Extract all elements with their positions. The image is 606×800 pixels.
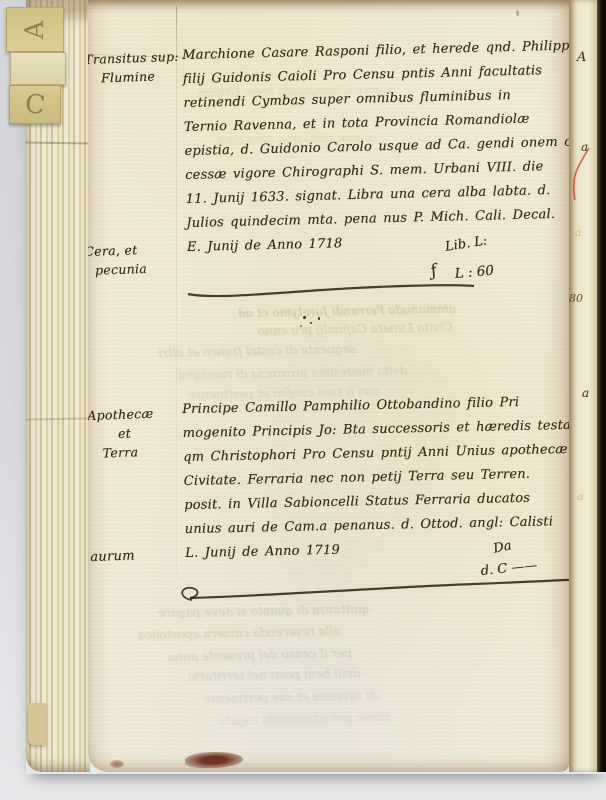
edge-crack (26, 141, 90, 144)
ink-speck (516, 10, 519, 16)
book-volume: vigore Chirographi mem Urbani signat lib… (26, 0, 606, 774)
edge-text-fragment: A (577, 50, 586, 65)
entry-underline-2 (174, 576, 596, 606)
index-tab-letter: A (20, 20, 50, 39)
scan-gutter-shadow (597, 0, 606, 772)
facing-page-edge: A a 80 a a a (569, 0, 597, 772)
stain-blotch (185, 751, 244, 769)
edge-text-fragment-faint: a (575, 226, 582, 239)
index-tab-blank (10, 52, 66, 85)
ink-speck (318, 317, 320, 320)
bleedthrough-line: per il censo del presente anno (168, 646, 352, 664)
edge-text-fragment-faint: a (577, 490, 584, 503)
margin-rule (176, 6, 177, 580)
amount-flourish: ƒ (428, 260, 439, 280)
bleedthrough-line: della medesima provincia di romagna (178, 364, 407, 383)
index-tab-lower (28, 703, 46, 745)
ink-speck (300, 325, 302, 327)
margin-note-transitus: Transitus sup: Flumine (88, 49, 180, 90)
margin-note-apothecae: Apothecæ et Terra (88, 406, 155, 465)
margin-note-line: aurum (90, 548, 135, 569)
index-tab-letter: C (23, 88, 47, 120)
margin-note-line: Apothecæ (88, 406, 154, 427)
ledger-entry-1: Marchione Casare Rasponi filio, et hered… (182, 39, 569, 264)
red-pen-mark (569, 140, 597, 210)
ink-speck (303, 316, 306, 319)
edge-crack (26, 417, 90, 420)
edge-text-fragment: a (582, 386, 589, 400)
margin-note-line: Terra (88, 444, 155, 465)
entry-underline-1 (182, 280, 482, 300)
bleedthrough-line: alla reverenda camera apostolica (138, 624, 341, 642)
manuscript-page: vigore Chirographi mem Urbani signat lib… (88, 0, 569, 772)
margin-note-line: Flumine (88, 68, 180, 90)
bleedthrough-line: come per istrumento rogato (218, 710, 389, 728)
margin-note-line: et (88, 425, 154, 446)
manuscript-scan: vigore Chirographi mem Urbani signat lib… (0, 0, 606, 800)
bleedthrough-line: Civita Lunata Cafinalij pro anno (258, 320, 453, 338)
bleedthrough-line: seguente di castel franco et altri (158, 342, 356, 360)
ink-speck (310, 322, 312, 324)
index-tab-c: C (9, 85, 61, 124)
index-tab-a: A (6, 7, 64, 52)
margin-note-line: pecunia (88, 261, 147, 282)
bleedthrough-line: di ravenna et sue pertinenze (203, 688, 377, 706)
edge-text-fragment: 80 (569, 292, 583, 305)
margin-note-cera-pecunia: Cera, et pecunia (88, 242, 147, 282)
margin-note-line: Cera, et (88, 242, 147, 263)
bleedthrough-line: delli beni posti nel territorio (188, 666, 361, 684)
stain-blotch (110, 760, 124, 768)
bleedthrough-line: ammanuda Ferrandi Juratymo et ad (238, 302, 456, 321)
margin-note-aurum: aurum (90, 548, 135, 569)
